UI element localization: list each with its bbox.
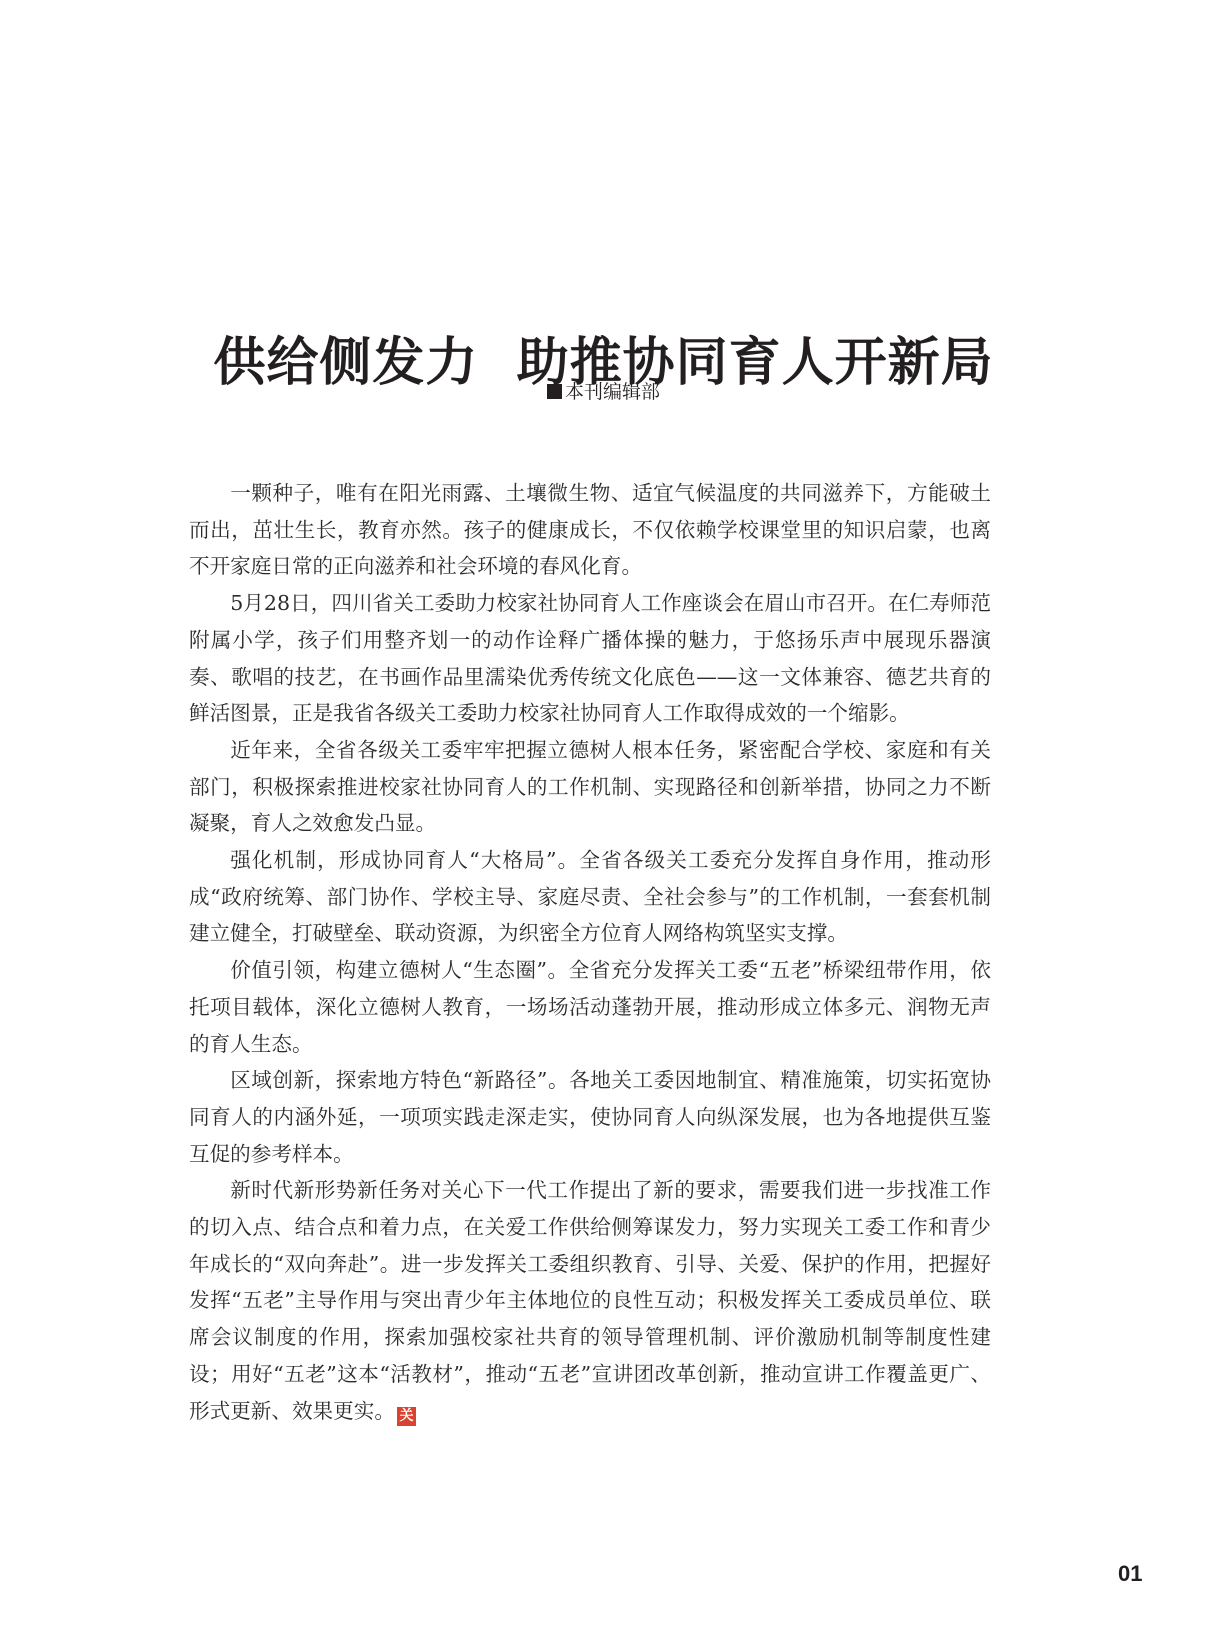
paragraph-1: 一颗种子，唯有在阳光雨露、土壤微生物、适宜气候温度的共同滋养下，方能破土而出，茁… xyxy=(189,475,991,585)
paragraph-3: 近年来，全省各级关工委牢牢把握立德树人根本任务，紧密配合学校、家庭和有关部门，积… xyxy=(189,732,991,842)
page-number: 01 xyxy=(1118,1561,1142,1587)
paragraph-7: 新时代新形势新任务对关心下一代工作提出了新的要求，需要我们进一步找准工作的切入点… xyxy=(189,1172,991,1429)
paragraph-4: 强化机制，形成协同育人“大格局”。全省各级关工委充分发挥自身作用，推动形成“政府… xyxy=(189,842,991,952)
paragraph-6: 区域创新，探索地方特色“新路径”。各地关工委因地制宜、精准施策，切实拓宽协同育人… xyxy=(189,1062,991,1172)
byline-author: 本刊编辑部 xyxy=(565,381,660,403)
article-body: 一颗种子，唯有在阳光雨露、土壤微生物、适宜气候温度的共同滋养下，方能破土而出，茁… xyxy=(189,475,991,1429)
paragraph-2: 5月28日，四川省关工委助力校家社协同育人工作座谈会在眉山市召开。在仁寿师范附属… xyxy=(189,585,991,732)
end-mark-icon: 关 xyxy=(397,1407,416,1426)
byline: 本刊编辑部 xyxy=(0,380,1207,404)
paragraph-7-text: 新时代新形势新任务对关心下一代工作提出了新的要求，需要我们进一步找准工作的切入点… xyxy=(189,1178,991,1422)
paragraph-5: 价值引领，构建立德树人“生态圈”。全省充分发挥关工委“五老”桥梁纽带作用，依托项… xyxy=(189,952,991,1062)
byline-square-icon xyxy=(547,384,562,399)
